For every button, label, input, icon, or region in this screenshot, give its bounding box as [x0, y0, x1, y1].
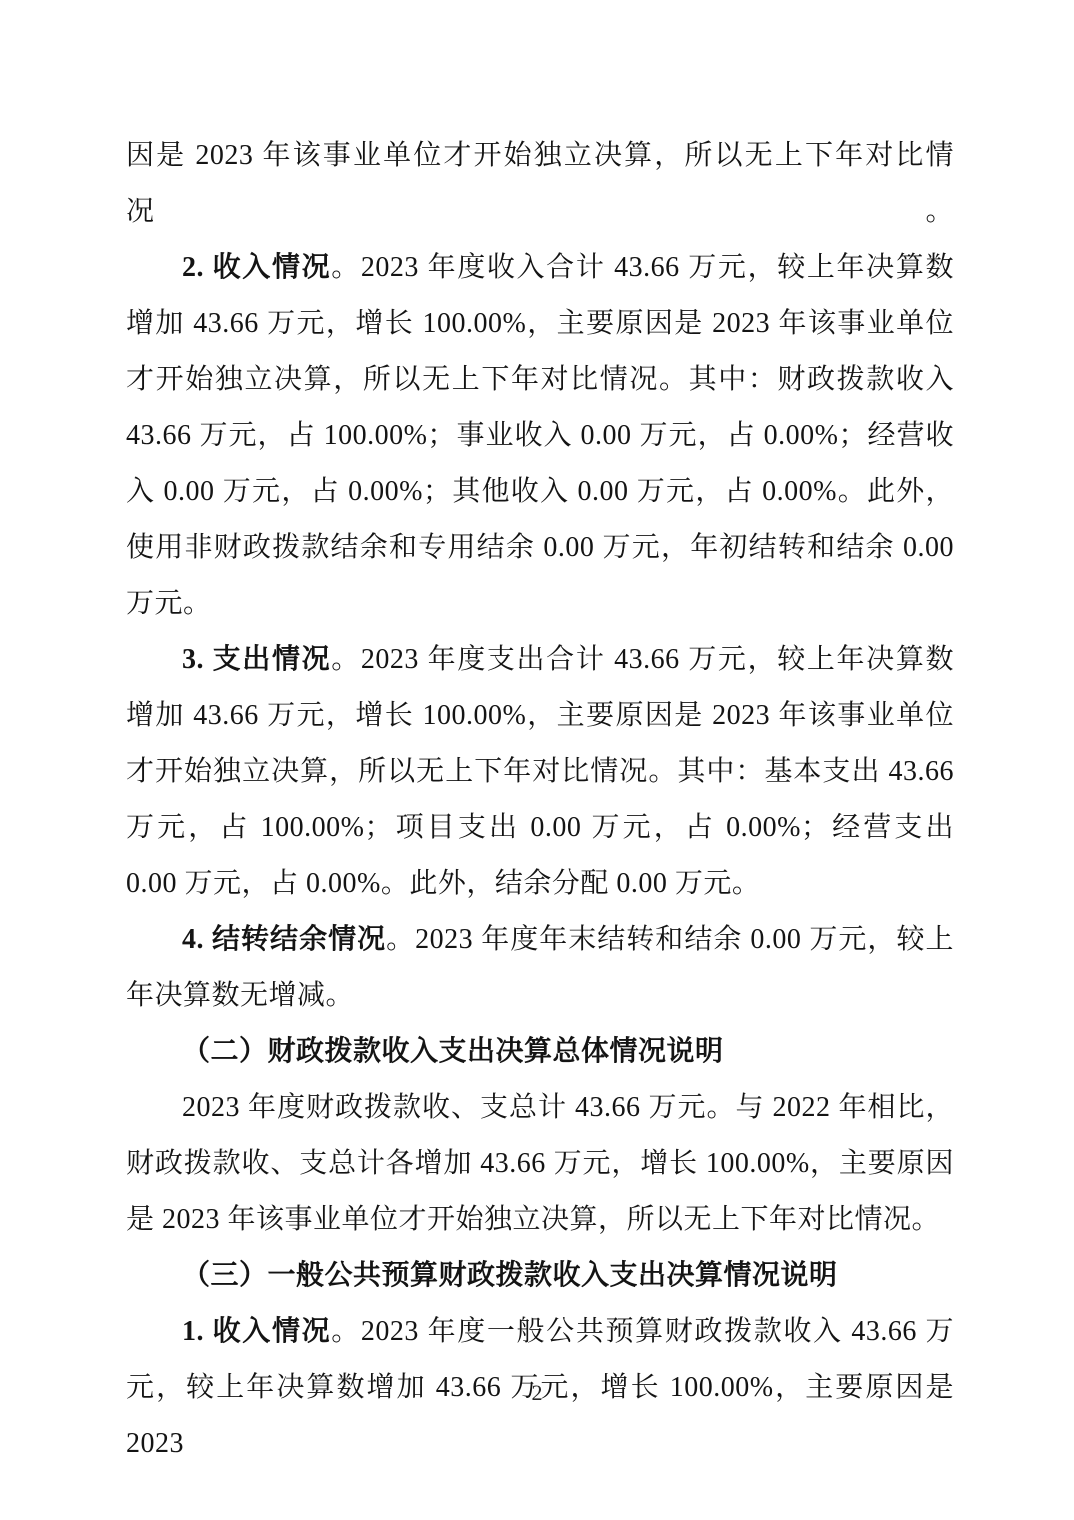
paragraph-lead: 3. 支出情况 [182, 644, 331, 675]
paragraph-lead-punct: 。 [331, 644, 361, 675]
paragraph-lead: 2. 收入情况 [182, 252, 331, 283]
section-heading-general-public-budget: （三）一般公共预算财政拨款收入支出决算情况说明 [126, 1248, 954, 1304]
document-body: 因是 2023 年该事业单位才开始独立决算，所以无上下年对比情况。 2. 收入情… [126, 128, 954, 1472]
paragraph-lead: 1. 收入情况 [182, 1316, 331, 1347]
section-heading-fiscal-appropriation: （二）财政拨款收入支出决算总体情况说明 [126, 1024, 954, 1080]
paragraph-income-overview: 2. 收入情况。2023 年度收入合计 43.66 万元，较上年决算数增加 43… [126, 240, 954, 632]
paragraph-text: 因是 2023 年该事业单位才开始独立决算，所以无上下年对比情况。 [126, 140, 954, 227]
paragraph-fiscal-appropriation-total: 2023 年度财政拨款收、支总计 43.66 万元。与 2022 年相比，财政拨… [126, 1080, 954, 1248]
paragraph-carryover-balance: 4. 结转结余情况。2023 年度年末结转和结余 0.00 万元，较上年决算数无… [126, 912, 954, 1024]
page-number: 2 [0, 1380, 1074, 1406]
paragraph-expenditure-overview: 3. 支出情况。2023 年度支出合计 43.66 万元，较上年决算数增加 43… [126, 632, 954, 912]
paragraph-lead-punct: 。 [386, 924, 415, 955]
paragraph-text: 2023 年度支出合计 43.66 万元，较上年决算数增加 43.66 万元，增… [126, 644, 954, 899]
paragraph-text: 2023 年度收入合计 43.66 万元，较上年决算数增加 43.66 万元，增… [126, 252, 954, 619]
paragraph-lead-punct: 。 [331, 1316, 361, 1347]
paragraph-lead: 4. 结转结余情况 [182, 924, 386, 955]
paragraph-text: 2023 年度财政拨款收、支总计 43.66 万元。与 2022 年相比，财政拨… [126, 1092, 954, 1235]
document-page: 因是 2023 年该事业单位才开始独立决算，所以无上下年对比情况。 2. 收入情… [0, 0, 1074, 1520]
paragraph-continuation: 因是 2023 年该事业单位才开始独立决算，所以无上下年对比情况。 [126, 128, 954, 240]
paragraph-lead-punct: 。 [331, 252, 361, 283]
